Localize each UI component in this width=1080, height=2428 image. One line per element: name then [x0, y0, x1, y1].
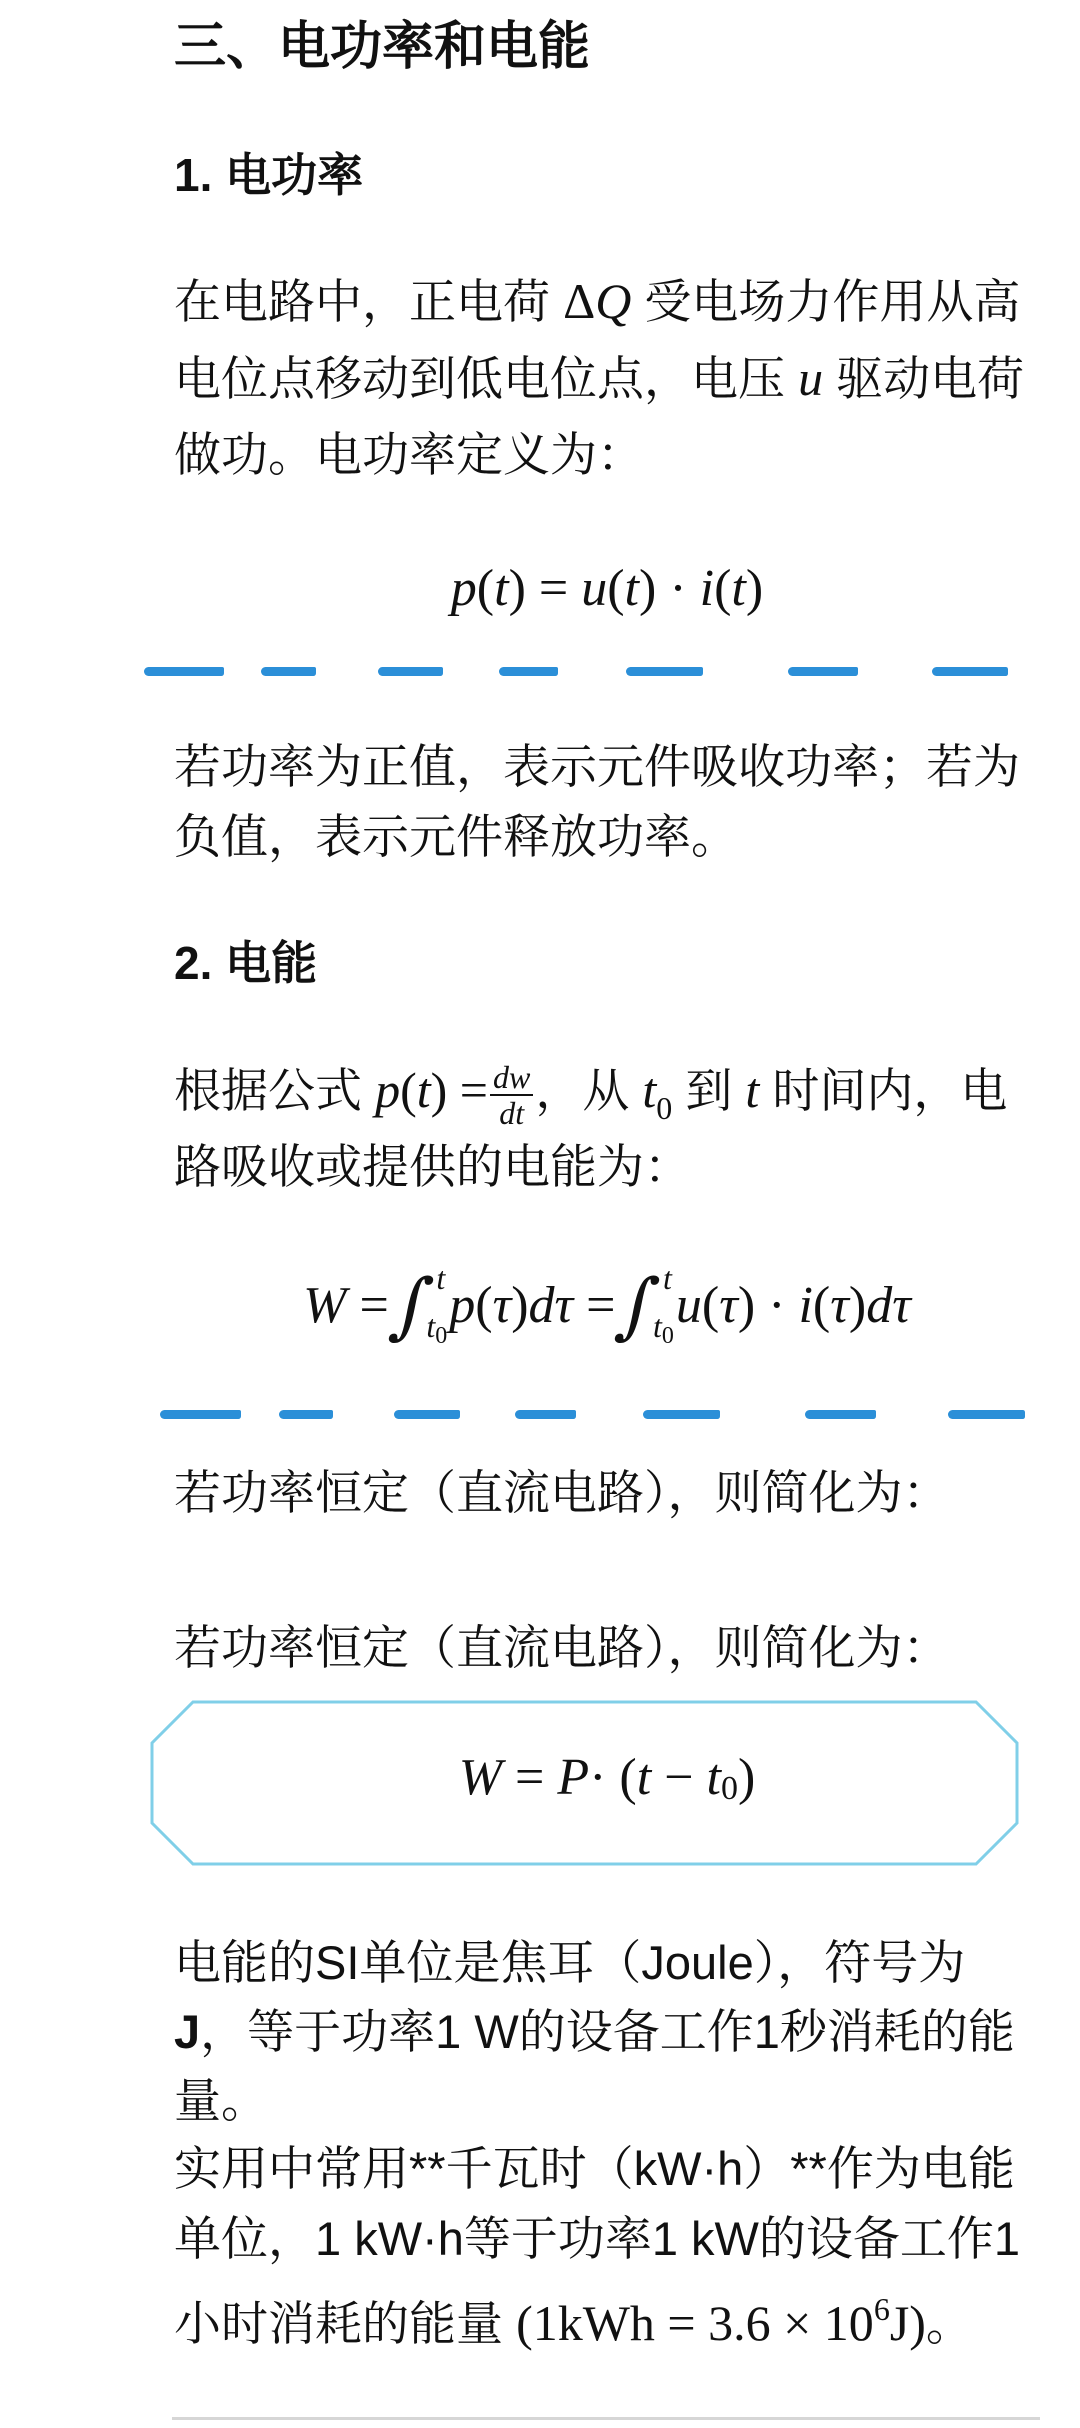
dash-segment: [805, 1410, 876, 1419]
paragraph-line: 电能的SI单位是焦耳（Joule），符号为: [174, 1928, 965, 1998]
paragraph-line: J，等于功率1 W的设备工作1秒消耗的能: [174, 1997, 1015, 2067]
fraction: dwdt: [490, 1061, 533, 1129]
dash-segment: [261, 667, 316, 676]
power-definition-formula: p(t) = u(t) · i(t): [174, 553, 1040, 623]
dash-segment: [932, 667, 1008, 676]
text-run: 驱动电荷: [823, 352, 1024, 405]
inline-math: t: [745, 1062, 759, 1118]
paragraph-line: 电位点移动到低电位点，电压 u 驱动电荷: [174, 343, 1024, 413]
text-run: 受电场力作用从高: [631, 275, 1020, 328]
subscript: 0: [656, 1090, 672, 1126]
dash-segment: [788, 667, 858, 676]
subsection-heading-energy: 2. 电能: [174, 928, 317, 998]
dash-segment: [378, 667, 443, 676]
inline-math: u: [798, 350, 823, 406]
dash-segment: [144, 667, 224, 676]
text-run: 时间内，电: [759, 1064, 1007, 1117]
paragraph-line: 单位，1 kW·h等于功率1 kW的设备工作1: [174, 2204, 1020, 2274]
formula-close: ): [738, 1748, 755, 1807]
paragraph-line: 负值，表示元件释放功率。: [174, 802, 738, 872]
lower-limit: t0: [426, 1310, 447, 1348]
inline-math: t: [642, 1062, 656, 1118]
article-page: 三、电功率和电能 1. 电功率 在电路中，正电荷 ΔQ 受电场力作用从高 电位点…: [0, 0, 1080, 2428]
dash-segment: [643, 1410, 720, 1419]
dash-segment: [279, 1410, 333, 1419]
paragraph-line: 根据公式 p(t) =dwdt，从 t0 到 t 时间内，电: [174, 1055, 1007, 1125]
text-run: 根据公式: [174, 1064, 375, 1117]
text-run: 在电路中，正电荷: [174, 275, 563, 328]
fraction-numerator: dw: [490, 1061, 533, 1096]
text-run: 小时消耗的能量: [174, 2297, 516, 2350]
text-run: ，从: [535, 1064, 642, 1117]
inline-math: ΔQ: [563, 273, 631, 329]
paragraph-line: 路吸收或提供的电能为：: [174, 1132, 691, 1202]
text-run: 电位点移动到低电位点，电压: [174, 352, 798, 405]
formula-rhs: u(τ) · i(τ)dτ: [676, 1276, 911, 1335]
formula-lhs: W =: [303, 1276, 389, 1335]
paragraph-line: 做功。电功率定义为：: [174, 420, 644, 490]
dc-energy-formula: W = P· (t − t0): [174, 1742, 1040, 1812]
paragraph-line: 若功率为正值，表示元件吸收功率；若为: [174, 732, 1020, 802]
paragraph-line: 实用中常用**千瓦时（kW·h）**作为电能: [174, 2134, 1015, 2204]
energy-integral-formula: W = ∫ t t0 p(τ)dτ = ∫ t t0 u(τ) · i(τ)dτ: [174, 1270, 1040, 1340]
paragraph-line: 在电路中，正电荷 ΔQ 受电场力作用从高: [174, 266, 1020, 336]
formula-main: W = P· (t − t: [459, 1748, 721, 1807]
dash-segment: [499, 667, 558, 676]
integral: ∫ t t0: [393, 1262, 449, 1348]
paragraph-line: 若功率恒定（直流电路），则简化为：: [174, 1613, 950, 1683]
lower-limit-subscript: 0: [435, 1323, 447, 1349]
inline-math: p(t) =: [375, 1062, 488, 1118]
text-run: ，等于功率1 W的设备工作1秒消耗的能: [200, 2005, 1015, 2058]
formula-subscript: 0: [721, 1770, 738, 1808]
dash-segment: [626, 667, 703, 676]
section-title: 三、电功率和电能: [174, 12, 590, 82]
paragraph-line: 量。: [174, 2066, 268, 2136]
lower-limit: t0: [653, 1310, 674, 1348]
formula-text: p(t) = u(t) · i(t): [451, 559, 763, 618]
paragraph-line: 若功率恒定（直流电路），则简化为：: [174, 1458, 950, 1528]
bottom-divider: [172, 2417, 1040, 2420]
dash-segment: [160, 1410, 241, 1419]
dash-segment: [948, 1410, 1025, 1419]
paragraph-line: 小时消耗的能量 (1kWh = 3.6 × 106J)。: [174, 2274, 973, 2344]
bold-symbol: J: [174, 2005, 200, 2058]
subsection-heading-power: 1. 电功率: [174, 140, 363, 210]
text-run: 。: [926, 2297, 973, 2350]
inline-math: (1kWh = 3.6 × 10: [516, 2295, 874, 2351]
dash-segment: [394, 1410, 460, 1419]
dash-segment: [515, 1410, 576, 1419]
superscript: 6: [874, 2291, 890, 2327]
inline-math: J): [890, 2295, 926, 2351]
integral: ∫ t t0: [619, 1262, 675, 1348]
formula-middle: p(τ)dτ =: [449, 1276, 615, 1335]
lower-limit-subscript: 0: [662, 1323, 674, 1349]
text-run: 到: [672, 1064, 745, 1117]
fraction-denominator: dt: [490, 1096, 533, 1129]
